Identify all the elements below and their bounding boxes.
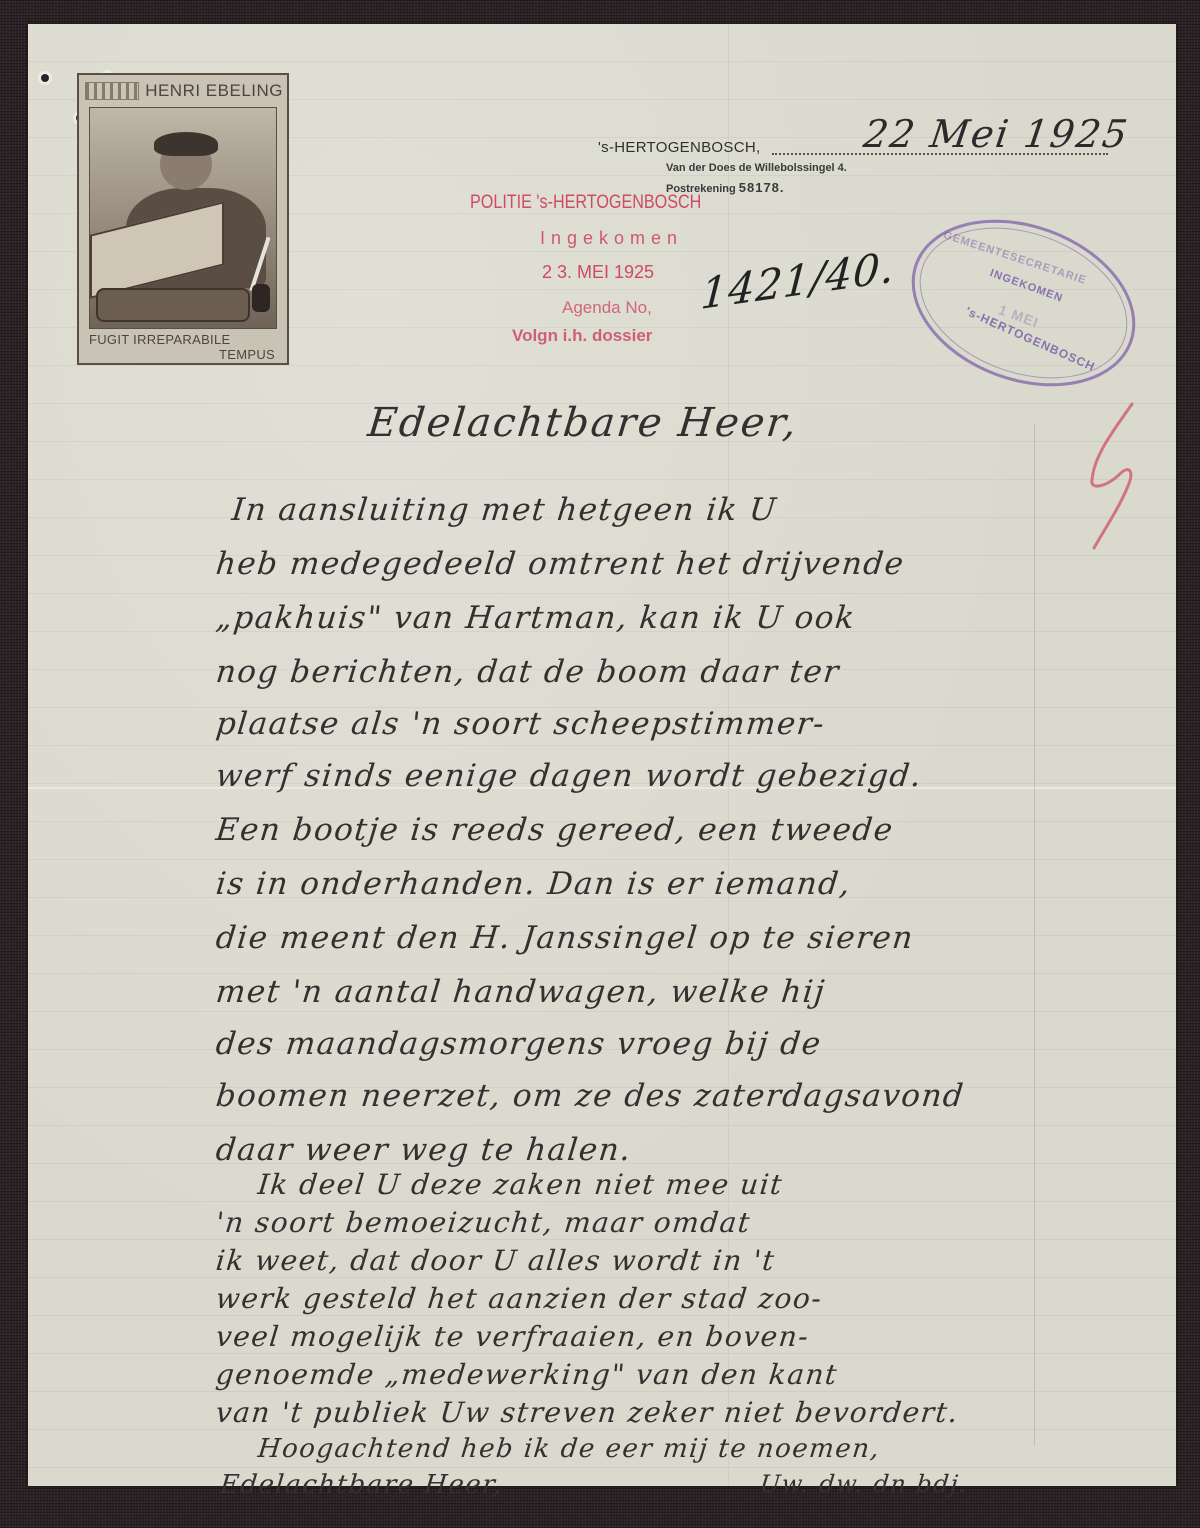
body-line: nog berichten, dat de boom daar ter: [214, 654, 842, 690]
letterhead-vignette: HENRI EBELING FUGIT IRREPARABILE TEMPUS: [77, 73, 289, 365]
body-line: met 'n aantal handwagen, welke hij: [214, 974, 827, 1010]
postrekening-number: 58178.: [739, 180, 785, 195]
motto-line-1: FUGIT IRREPARABILE: [89, 332, 230, 347]
body-line: werk gesteld het aanzien der stad zoo-: [214, 1282, 824, 1315]
police-stamp-dossier: Volgn i.h. dossier: [512, 326, 652, 346]
body-line: ik weet, dat door U alles wordt in 't: [214, 1244, 777, 1277]
body-line: Ik deel U deze zaken niet mee uit: [256, 1168, 784, 1201]
body-line: 'n soort bemoeizucht, maar omdat: [214, 1206, 752, 1239]
closing-line-3: Uw. dw. dn bdj.: [759, 1470, 970, 1498]
reading-man-illustration: [89, 107, 277, 329]
inkwell-icon: [252, 284, 270, 312]
salutation: Edelachtbare Heer,: [366, 400, 801, 446]
brand-name: HENRI EBELING: [145, 81, 283, 101]
body-line: Een bootje is reeds gereed, een tweede: [214, 812, 895, 848]
red-pencil-mark-icon: [1044, 400, 1134, 550]
police-stamp-agenda: Agenda No,: [562, 298, 652, 318]
vignette-header: HENRI EBELING: [85, 79, 283, 103]
body-line: boomen neerzet, om ze des zaterdagsavond: [214, 1078, 966, 1114]
body-line: werf sinds eenige dagen wordt gebezigd.: [214, 758, 924, 794]
cap-icon: [154, 132, 218, 156]
police-stamp-title: POLITIE 's-HERTOGENBOSCH: [470, 192, 701, 214]
punch-hole-icon: [41, 74, 49, 82]
closing-line-2: Edelachtbare Heer,: [218, 1470, 504, 1500]
police-stamp-received: Ingekomen: [540, 228, 683, 249]
ornament-icon: [85, 82, 139, 100]
letterhead-city: 's-HERTOGENBOSCH,: [598, 139, 760, 156]
body-line: veel mogelijk te verfraaien, en boven-: [214, 1320, 811, 1353]
body-line: van 't publiek Uw streven zeker niet bev…: [214, 1396, 960, 1429]
motto-line-2: TEMPUS: [219, 347, 275, 362]
margin-rule: [1034, 424, 1035, 1446]
body-line: des maandagsmorgens vroeg bij de: [214, 1026, 823, 1062]
body-line: plaatse als 'n soort scheepstimmer-: [214, 706, 827, 742]
body-line: daar weer weg te halen.: [214, 1132, 633, 1168]
body-line: „pakhuis" van Hartman, kan ik U ook: [214, 600, 857, 636]
body-line: die meent den H. Janssingel op te sieren: [214, 920, 916, 956]
letterhead-address: Van der Does de Willebolssingel 4.: [666, 162, 847, 174]
police-stamp-date: 2 3. MEI 1925: [542, 262, 654, 283]
body-line: genoemde „medewerking" van den kant: [214, 1358, 839, 1391]
body-line: heb medegedeeld omtrent het drijvende: [214, 546, 906, 582]
book-stack-icon: [96, 288, 250, 322]
body-line: In aansluiting met hetgeen ik U: [230, 492, 779, 528]
handwritten-date: 22 Mei 1925: [861, 112, 1132, 156]
body-line: is in onderhanden. Dan is er iemand,: [214, 866, 853, 902]
closing-line-1: Hoogachtend heb ik de eer mij te noemen,: [256, 1434, 881, 1464]
